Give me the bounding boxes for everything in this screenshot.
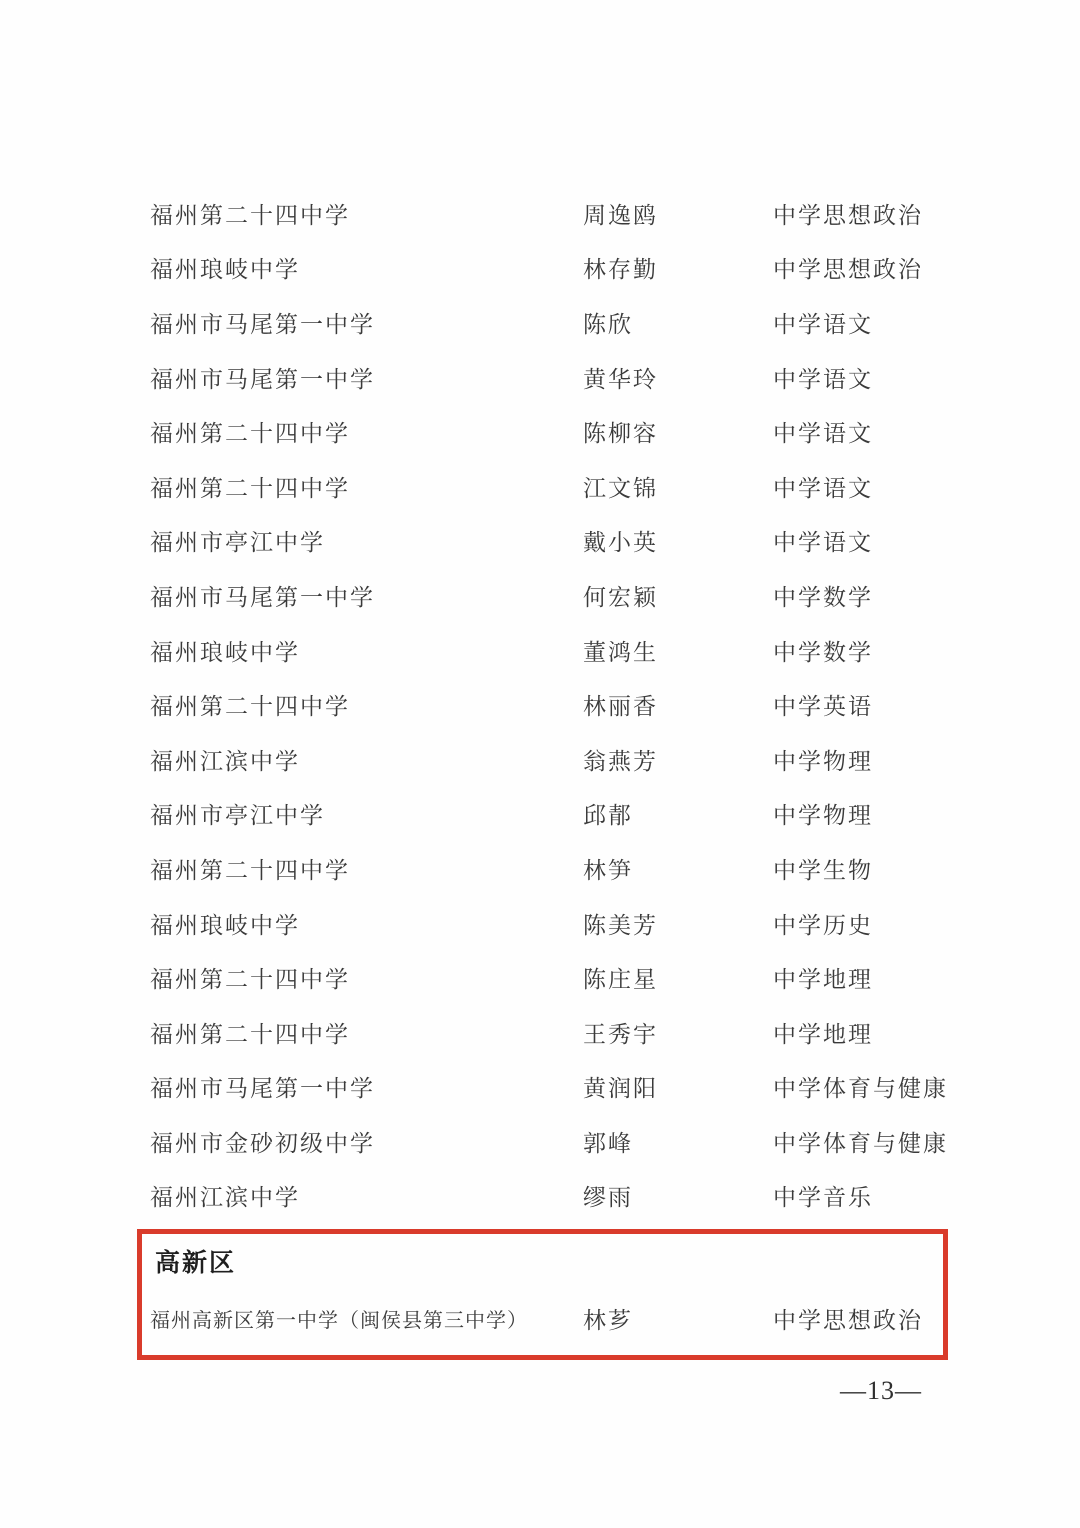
subject-cell: 中学物理 bbox=[773, 743, 950, 776]
table-row: 福州市亭江中学 戴小英 中学语文 bbox=[150, 514, 950, 569]
school-cell: 福州市亭江中学 bbox=[150, 524, 583, 557]
teacher-name-cell: 陈柳容 bbox=[583, 415, 773, 448]
teacher-name-cell: 黄润阳 bbox=[583, 1070, 773, 1103]
table-row: 福州琅岐中学 林存勤 中学思想政治 bbox=[150, 241, 950, 296]
school-cell: 福州琅岐中学 bbox=[150, 251, 583, 284]
table-row: 福州江滨中学 翁燕芳 中学物理 bbox=[150, 732, 950, 787]
teacher-name-cell: 江文锦 bbox=[583, 470, 773, 503]
school-cell: 福州江滨中学 bbox=[150, 743, 583, 776]
school-cell: 福州琅岐中学 bbox=[150, 907, 583, 940]
teacher-list: 福州第二十四中学 周逸鸥 中学思想政治 福州琅岐中学 林存勤 中学思想政治 福州… bbox=[150, 186, 950, 1223]
table-row: 福州第二十四中学 江文锦 中学语文 bbox=[150, 459, 950, 514]
school-cell: 福州市马尾第一中学 bbox=[150, 361, 583, 394]
school-cell: 福州江滨中学 bbox=[150, 1179, 583, 1212]
teacher-name-cell: 黄华玲 bbox=[583, 361, 773, 394]
table-row: 福州江滨中学 缪雨 中学音乐 bbox=[150, 1169, 950, 1224]
table-row: 福州第二十四中学 陈庄星 中学地理 bbox=[150, 950, 950, 1005]
school-cell: 福州第二十四中学 bbox=[150, 688, 583, 721]
school-cell: 福州高新区第一中学（闽侯县第三中学） bbox=[150, 1304, 583, 1333]
teacher-name-cell: 邱郬 bbox=[583, 797, 773, 830]
teacher-name-cell: 林存勤 bbox=[583, 251, 773, 284]
table-row: 福州市亭江中学 邱郬 中学物理 bbox=[150, 787, 950, 842]
school-cell: 福州第二十四中学 bbox=[150, 197, 583, 230]
subject-cell: 中学生物 bbox=[773, 852, 950, 885]
subject-cell: 中学历史 bbox=[773, 907, 950, 940]
school-cell: 福州市马尾第一中学 bbox=[150, 306, 583, 339]
highlight-box: 高新区 福州高新区第一中学（闽侯县第三中学） 林芗 中学思想政治 bbox=[137, 1229, 948, 1360]
table-row: 福州市马尾第一中学 何宏颖 中学数学 bbox=[150, 568, 950, 623]
teacher-name-cell: 翁燕芳 bbox=[583, 743, 773, 776]
table-row: 福州市马尾第一中学 陈欣 中学语文 bbox=[150, 295, 950, 350]
page-number: —13— bbox=[840, 1376, 922, 1406]
teacher-name-cell: 王秀宇 bbox=[583, 1016, 773, 1049]
table-row: 福州市金砂初级中学 郭峰 中学体育与健康 bbox=[150, 1114, 950, 1169]
school-cell: 福州第二十四中学 bbox=[150, 415, 583, 448]
subject-cell: 中学语文 bbox=[773, 524, 950, 557]
teacher-name-cell: 陈美芳 bbox=[583, 907, 773, 940]
table-row: 福州琅岐中学 陈美芳 中学历史 bbox=[150, 896, 950, 951]
subject-cell: 中学音乐 bbox=[773, 1179, 950, 1212]
school-cell: 福州市马尾第一中学 bbox=[150, 579, 583, 612]
school-cell: 福州市马尾第一中学 bbox=[150, 1070, 583, 1103]
table-row: 福州市马尾第一中学 黄润阳 中学体育与健康 bbox=[150, 1060, 950, 1115]
school-cell: 福州琅岐中学 bbox=[150, 634, 583, 667]
teacher-name-cell: 董鸿生 bbox=[583, 634, 773, 667]
teacher-name-cell: 戴小英 bbox=[583, 524, 773, 557]
table-row: 福州琅岐中学 董鸿生 中学数学 bbox=[150, 623, 950, 678]
subject-cell: 中学数学 bbox=[773, 579, 950, 612]
subject-cell: 中学思想政治 bbox=[773, 1302, 943, 1335]
school-cell: 福州市亭江中学 bbox=[150, 797, 583, 830]
subject-cell: 中学地理 bbox=[773, 961, 950, 994]
subject-cell: 中学语文 bbox=[773, 470, 950, 503]
teacher-name-cell: 何宏颖 bbox=[583, 579, 773, 612]
subject-cell: 中学数学 bbox=[773, 634, 950, 667]
teacher-name-cell: 林丽香 bbox=[583, 688, 773, 721]
teacher-name-cell: 陈庄星 bbox=[583, 961, 773, 994]
table-row: 福州第二十四中学 周逸鸥 中学思想政治 bbox=[150, 186, 950, 241]
table-row: 福州第二十四中学 王秀宇 中学地理 bbox=[150, 1005, 950, 1060]
subject-cell: 中学语文 bbox=[773, 361, 950, 394]
teacher-name-cell: 陈欣 bbox=[583, 306, 773, 339]
subject-cell: 中学思想政治 bbox=[773, 251, 950, 284]
teacher-name-cell: 林芗 bbox=[583, 1302, 773, 1335]
table-row: 福州高新区第一中学（闽侯县第三中学） 林芗 中学思想政治 bbox=[150, 1302, 943, 1335]
district-heading: 高新区 bbox=[155, 1243, 943, 1279]
subject-cell: 中学语文 bbox=[773, 415, 950, 448]
table-row: 福州市马尾第一中学 黄华玲 中学语文 bbox=[150, 350, 950, 405]
school-cell: 福州第二十四中学 bbox=[150, 1016, 583, 1049]
table-row: 福州第二十四中学 林笋 中学生物 bbox=[150, 841, 950, 896]
highlight-rows: 福州高新区第一中学（闽侯县第三中学） 林芗 中学思想政治 bbox=[142, 1302, 943, 1335]
school-cell: 福州第二十四中学 bbox=[150, 470, 583, 503]
subject-cell: 中学体育与健康 bbox=[773, 1070, 950, 1103]
teacher-name-cell: 郭峰 bbox=[583, 1125, 773, 1158]
table-row: 福州第二十四中学 林丽香 中学英语 bbox=[150, 677, 950, 732]
school-cell: 福州市金砂初级中学 bbox=[150, 1125, 583, 1158]
school-cell: 福州第二十四中学 bbox=[150, 961, 583, 994]
teacher-name-cell: 林笋 bbox=[583, 852, 773, 885]
table-row: 福州第二十四中学 陈柳容 中学语文 bbox=[150, 404, 950, 459]
teacher-name-cell: 缪雨 bbox=[583, 1179, 773, 1212]
subject-cell: 中学语文 bbox=[773, 306, 950, 339]
document-page: 福州第二十四中学 周逸鸥 中学思想政治 福州琅岐中学 林存勤 中学思想政治 福州… bbox=[0, 0, 1080, 1528]
subject-cell: 中学体育与健康 bbox=[773, 1125, 950, 1158]
subject-cell: 中学地理 bbox=[773, 1016, 950, 1049]
subject-cell: 中学思想政治 bbox=[773, 197, 950, 230]
school-cell: 福州第二十四中学 bbox=[150, 852, 583, 885]
subject-cell: 中学物理 bbox=[773, 797, 950, 830]
subject-cell: 中学英语 bbox=[773, 688, 950, 721]
teacher-name-cell: 周逸鸥 bbox=[583, 197, 773, 230]
